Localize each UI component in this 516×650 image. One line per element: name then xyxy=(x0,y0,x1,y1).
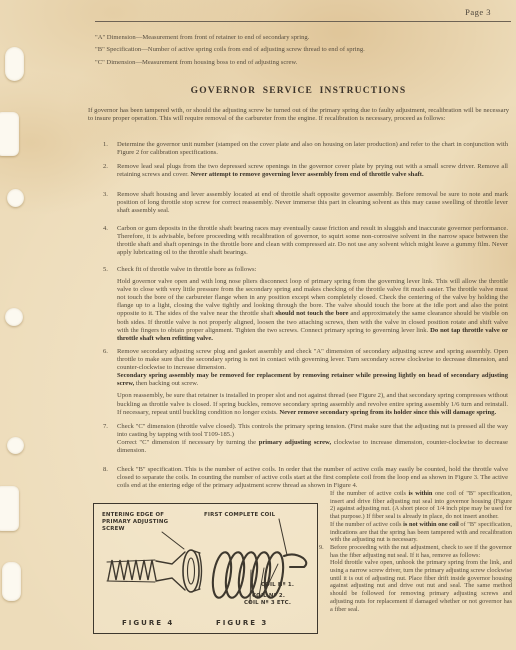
figure-label-coil-2: COIL Nº 2. xyxy=(252,593,285,600)
step-text: Check "C" dimension (throttle valve clos… xyxy=(117,423,508,438)
step-text-bold: Never attempt to remove governing lever … xyxy=(190,171,423,178)
step-number: 4. xyxy=(103,225,108,233)
definition-a: "A" Dimension—Measurement from front of … xyxy=(95,32,511,44)
step-number: 1. xyxy=(103,141,108,149)
step-paragraph: Hold throttle valve open, unhook the pri… xyxy=(330,559,512,613)
right-col-paragraph-2: If the number of active coils is not wit… xyxy=(330,521,512,544)
paragraph-text: If the number of active coils xyxy=(330,490,409,497)
step-text: Check "B" specification. This is the num… xyxy=(117,466,508,489)
right-column: If the number of active coils is within … xyxy=(330,490,512,613)
step-paragraph: Upon reassembly, be sure that retainer i… xyxy=(117,392,508,416)
page-number: Page 3 xyxy=(465,7,491,17)
step-number: 6. xyxy=(103,348,108,356)
step-number: 2. xyxy=(103,163,108,171)
step-7: 7. Check "C" dimension (throttle valve c… xyxy=(117,423,508,455)
step-text: Remove shaft housing and lever assembly … xyxy=(117,191,508,214)
punch-hole xyxy=(7,189,24,207)
dimension-definitions: "A" Dimension—Measurement from front of … xyxy=(95,32,511,69)
step-paragraph: Hold governor valve open and with long n… xyxy=(117,278,508,343)
step-6: 6. Remove secondary adjusting screw plug… xyxy=(117,348,508,417)
punch-hole xyxy=(5,47,24,81)
punch-hole xyxy=(0,112,19,156)
punch-hole xyxy=(5,308,23,326)
header-rule xyxy=(95,21,511,22)
step-3: 3. Remove shaft housing and lever assemb… xyxy=(117,191,508,215)
intro-paragraph: If governor has been tampered with, or s… xyxy=(88,107,509,123)
step-text: Before proceeding with the nut adjustmen… xyxy=(330,544,512,559)
paragraph-text-bold: is not within one coil xyxy=(403,521,459,528)
figure-label-coil-1: COIL Nº 1. xyxy=(261,582,294,589)
punch-hole xyxy=(2,562,21,601)
paragraph-text: If the number of active coils xyxy=(330,521,403,528)
step-text: Remove secondary adjusting screw plug an… xyxy=(117,348,508,371)
step-number: 9. xyxy=(319,544,324,552)
step-4: 4. Carbon or gum deposits in the throttl… xyxy=(117,225,508,257)
paragraph-text-bold: is within xyxy=(409,490,433,497)
figure-label-entering-edge: ENTERING EDGE OF PRIMARY ADJUSTING SCREW xyxy=(102,512,192,532)
definition-c: "C" Dimension—Measurement from housing b… xyxy=(95,57,511,69)
step-text: then backing out screw. xyxy=(134,380,198,387)
step-2: 2. Remove lead seal plugs from the two d… xyxy=(117,163,508,179)
definition-b: "B" Specification—Number of active sprin… xyxy=(95,44,511,56)
step-8: 8. Check "B" specification. This is the … xyxy=(117,466,508,490)
punch-hole xyxy=(7,437,24,454)
step-1: 1. Determine the governor unit number (s… xyxy=(117,141,508,157)
step-paragraph: Correct "C" dimension if necessary by tu… xyxy=(117,439,508,455)
step-paragraph: Secondary spring assembly may be removed… xyxy=(117,372,508,388)
step-text-bold: primary adjusting screw, xyxy=(259,439,331,446)
step-text: Correct "C" dimension if necessary by tu… xyxy=(117,439,259,446)
step-text: Determine the governor unit number (stam… xyxy=(117,141,508,156)
step-text: Check fit of throttle valve in throttle … xyxy=(117,266,256,273)
step-number: 7. xyxy=(103,423,108,431)
page-title: GOVERNOR SERVICE INSTRUCTIONS xyxy=(88,86,509,96)
figure-4-caption: FIGURE 4 xyxy=(122,619,174,627)
step-9: 9. Before proceeding with the nut adjust… xyxy=(330,544,512,613)
step-text-bold: Never remove secondary spring from its h… xyxy=(279,409,496,416)
figure-label-coil-3: COIL Nº 3 ETC. xyxy=(244,600,291,607)
step-text-bold: should not touch the bore xyxy=(276,310,349,317)
step-number: 5. xyxy=(103,266,108,274)
right-col-paragraph-1: If the number of active coils is within … xyxy=(330,490,512,521)
step-5: 5. Check fit of throttle valve in thrott… xyxy=(117,266,508,343)
step-text: Carbon or gum deposits in the throttle s… xyxy=(117,225,508,256)
punch-hole xyxy=(0,486,19,531)
figure-label-first-coil: FIRST COMPLETE COIL xyxy=(204,512,299,519)
step-number: 3. xyxy=(103,191,108,199)
figure-3-caption: FIGURE 3 xyxy=(216,619,268,627)
scanned-manual-page: Page 3 "A" Dimension—Measurement from fr… xyxy=(0,0,516,650)
step-number: 8. xyxy=(103,466,108,474)
figure-box: ENTERING EDGE OF PRIMARY ADJUSTING SCREW… xyxy=(93,503,318,634)
